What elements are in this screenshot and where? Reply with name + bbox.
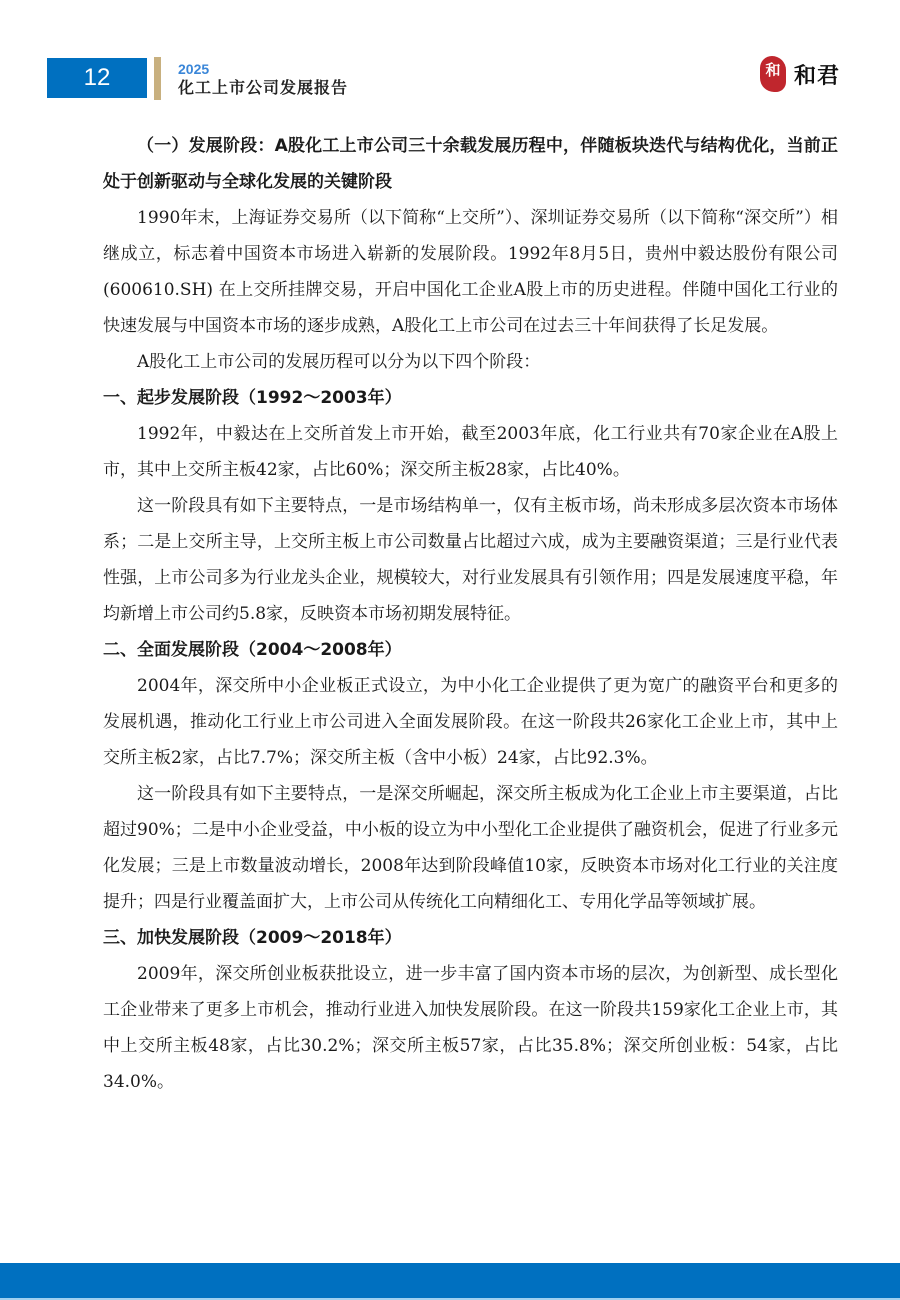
seal-icon: 和 (760, 56, 786, 92)
logo-text: 和君 (794, 59, 840, 90)
stage-2-paragraph-2: 这一阶段具有如下主要特点，一是深交所崛起，深交所主板成为化工企业上市主要渠道，占… (103, 776, 838, 920)
section-heading-stage-1: 一、起步发展阶段（1992～2003年） (103, 380, 838, 416)
report-title: 化工上市公司发展报告 (178, 79, 348, 97)
report-year: 2025 (178, 62, 209, 76)
stage-2-paragraph-1: 2004年，深交所中小企业板正式设立，为中小化工企业提供了更为宽广的融资平台和更… (103, 668, 838, 776)
stage-1-paragraph-2: 这一阶段具有如下主要特点，一是市场结构单一，仅有主板市场，尚未形成多层次资本市场… (103, 488, 838, 632)
intro-paragraph: 1990年末，上海证券交易所（以下简称“上交所”）、深圳证券交易所（以下简称“深… (103, 200, 838, 344)
stages-intro: A股化工上市公司的发展历程可以分为以下四个阶段： (103, 344, 838, 380)
company-logo: 和 和君 (760, 56, 840, 92)
stage-1-paragraph-1: 1992年，中毅达在上交所首发上市开始，截至2003年底，化工行业共有70家企业… (103, 416, 838, 488)
page-number-badge: 12 (47, 58, 147, 98)
footer-bar (0, 1263, 900, 1300)
stage-3-paragraph-1: 2009年，深交所创业板获批设立，进一步丰富了国内资本市场的层次，为创新型、成长… (103, 956, 838, 1100)
header-divider (154, 57, 161, 100)
section-heading-stage-2: 二、全面发展阶段（2004～2008年） (103, 632, 838, 668)
main-heading: （一）发展阶段：A股化工上市公司三十余载发展历程中，伴随板块迭代与结构优化，当前… (103, 128, 838, 200)
document-body: （一）发展阶段：A股化工上市公司三十余载发展历程中，伴随板块迭代与结构优化，当前… (103, 128, 838, 1100)
section-heading-stage-3: 三、加快发展阶段（2009～2018年） (103, 920, 838, 956)
